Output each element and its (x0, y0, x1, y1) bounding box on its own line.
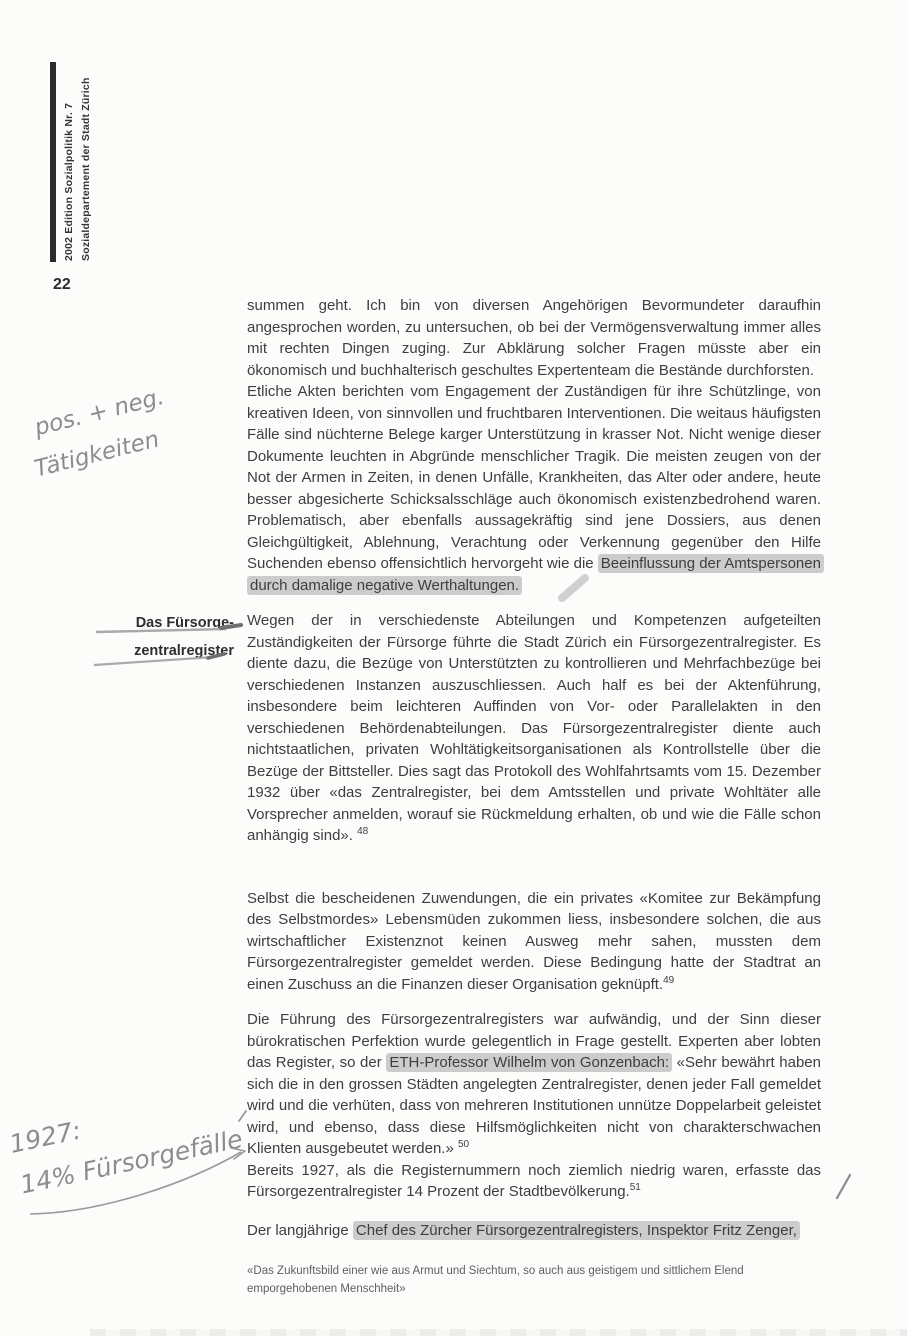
handwritten-note-activities: pos. + neg. Tätigkeiten (30, 377, 178, 487)
body-text-column: summen geht. Ich bin von diversen Angehö… (247, 295, 821, 1241)
paragraph: Wegen der in verschiedenste Abteilungen … (247, 610, 821, 847)
footnote-quote-line: emporgehobenen Menschheit» (247, 1280, 807, 1298)
footnote-ref: 48 (357, 826, 368, 837)
paragraph: Bereits 1927, als die Registernummern no… (247, 1160, 821, 1203)
footnote-ref: 51 (630, 1182, 641, 1193)
scanned-document-page: 2002 Edition Sozialpolitik Nr. 7 Soziald… (0, 0, 907, 1336)
pencil-tick (239, 1111, 246, 1121)
paragraph: Etliche Akten berichten vom Engagement d… (247, 381, 821, 596)
highlighted-text: Chef des Zürcher Fürsorgezentralregister… (353, 1221, 800, 1240)
imprint-line-1: 2002 Edition Sozialpolitik Nr. 7 (61, 62, 78, 261)
imprint-line-2: Sozialdepartement der Stadt Zürich (78, 62, 95, 261)
text-segment: Wegen der in verschiedenste Abteilungen … (247, 612, 821, 844)
text-segment: summen geht. Ich bin von diversen Angehö… (247, 297, 821, 379)
footnote-ref: 49 (663, 975, 674, 986)
page-number: 22 (53, 276, 71, 294)
edition-vertical-bar (50, 62, 56, 262)
handwritten-note-1927: 1927: 14% Fürsorgefälle (6, 1077, 247, 1207)
text-segment: Selbst die bescheidenen Zuwendungen, die… (247, 890, 821, 993)
scan-edge-artifact (90, 1329, 907, 1336)
text-segment: Bereits 1927, als die Registernummern no… (247, 1162, 821, 1201)
text-segment: Etliche Akten berichten vom Engagement d… (247, 383, 821, 572)
edition-imprint: 2002 Edition Sozialpolitik Nr. 7 Soziald… (61, 62, 95, 261)
footnote-ref: 50 (458, 1139, 469, 1150)
margin-heading-line: Das Fürsorge- (96, 609, 234, 637)
text-segment: Der langjährige (247, 1222, 353, 1239)
paragraph: Der langjährige Chef des Zürcher Fürsorg… (247, 1220, 821, 1242)
highlighted-text: ETH-Professor Wilhelm von Gonzenbach: (386, 1053, 672, 1072)
margin-heading-fuersorgezentralregister: Das Fürsorge- zentralregister (96, 609, 234, 665)
footnote-quote: «Das Zukunftsbild einer wie aus Armut un… (247, 1262, 807, 1298)
margin-heading-line: zentralregister (96, 637, 234, 665)
footnote-quote-line: «Das Zukunftsbild einer wie aus Armut un… (247, 1262, 807, 1280)
paragraph: Die Führung des Fürsorgezentralregisters… (247, 1009, 821, 1160)
paragraph: summen geht. Ich bin von diversen Angehö… (247, 295, 821, 381)
pencil-slash (837, 1175, 850, 1198)
paragraph: Selbst die bescheidenen Zuwendungen, die… (247, 888, 821, 996)
